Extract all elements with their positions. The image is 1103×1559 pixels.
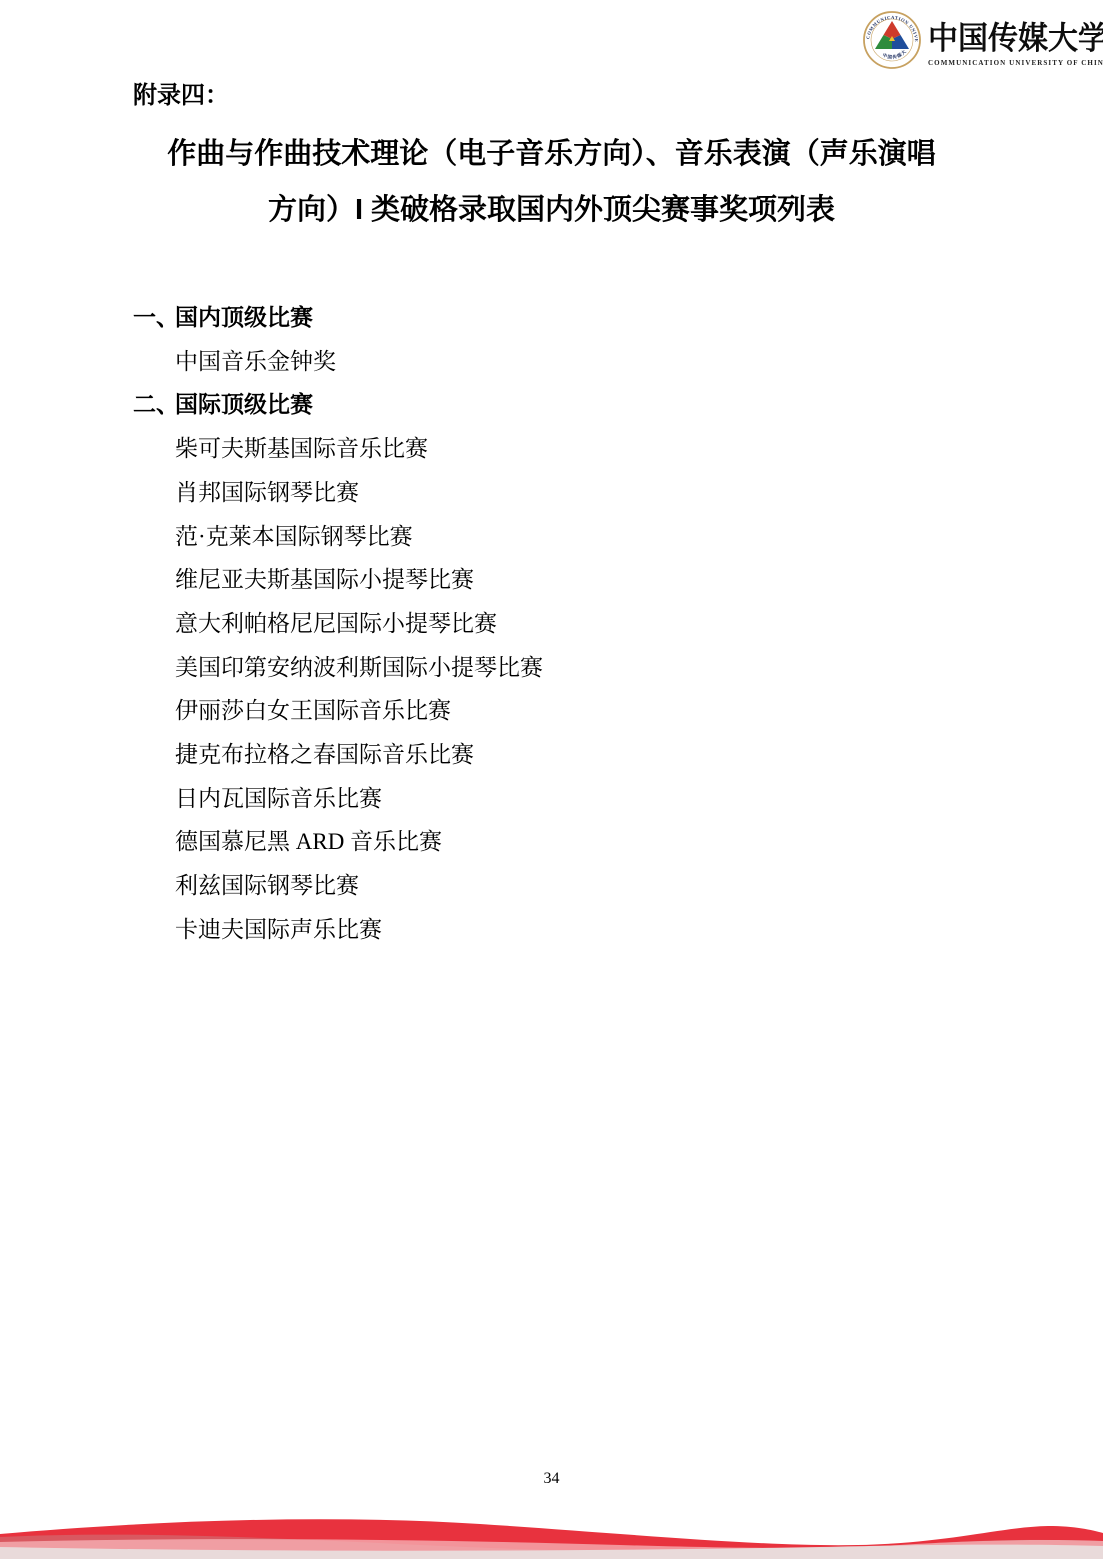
section-title: 国际顶级比赛 [175, 391, 313, 417]
list-item: 中国音乐金钟奖 [0, 340, 1103, 384]
list-item: 肖邦国际钢琴比赛 [0, 471, 1103, 515]
footer-wave-decoration [0, 1501, 1103, 1559]
document-page: COMMUNICATION UNIVERSITY OF CHINA 中国传媒大学… [0, 0, 1103, 1559]
list-item: 卡迪夫国际声乐比赛 [0, 908, 1103, 952]
competition-list: 一、国内顶级比赛中国音乐金钟奖二、国际顶级比赛柴可夫斯基国际音乐比赛肖邦国际钢琴… [0, 296, 1103, 952]
list-item: 日内瓦国际音乐比赛 [0, 777, 1103, 821]
section-title: 国内顶级比赛 [175, 304, 313, 330]
university-name-zh: 中国传媒大学 [928, 21, 1098, 57]
university-name-en: COMMUNICATION UNIVERSITY OF CHINA [928, 59, 1098, 67]
list-item: 利兹国际钢琴比赛 [0, 864, 1103, 908]
university-logo: COMMUNICATION UNIVERSITY OF CHINA 中国传媒大学… [862, 8, 1098, 76]
list-item: 伊丽莎白女王国际音乐比赛 [0, 689, 1103, 733]
university-seal-icon: COMMUNICATION UNIVERSITY OF CHINA 中国传媒大学 [862, 8, 924, 76]
section-heading: 二、国际顶级比赛 [0, 383, 1103, 427]
list-item: 维尼亚夫斯基国际小提琴比赛 [0, 558, 1103, 602]
list-item: 意大利帕格尼尼国际小提琴比赛 [0, 602, 1103, 646]
section-number: 二、 [133, 383, 175, 427]
list-item: 范·克莱本国际钢琴比赛 [0, 515, 1103, 559]
page-number: 34 [0, 1470, 1103, 1488]
document-title: 作曲与作曲技术理论（电子音乐方向）、音乐表演（声乐演唱 方向）I 类破格录取国内… [130, 126, 973, 238]
document-title-line1: 作曲与作曲技术理论（电子音乐方向）、音乐表演（声乐演唱 [130, 126, 973, 182]
section-heading: 一、国内顶级比赛 [0, 296, 1103, 340]
section-number: 一、 [133, 296, 175, 340]
list-item: 柴可夫斯基国际音乐比赛 [0, 427, 1103, 471]
appendix-label: 附录四： [133, 80, 229, 112]
document-title-line2: 方向）I 类破格录取国内外顶尖赛事奖项列表 [130, 182, 973, 238]
university-wordmark: 中国传媒大学 COMMUNICATION UNIVERSITY OF CHINA [928, 8, 1098, 67]
list-item: 美国印第安纳波利斯国际小提琴比赛 [0, 646, 1103, 690]
list-item: 捷克布拉格之春国际音乐比赛 [0, 733, 1103, 777]
list-item: 德国慕尼黑 ARD 音乐比赛 [0, 820, 1103, 864]
